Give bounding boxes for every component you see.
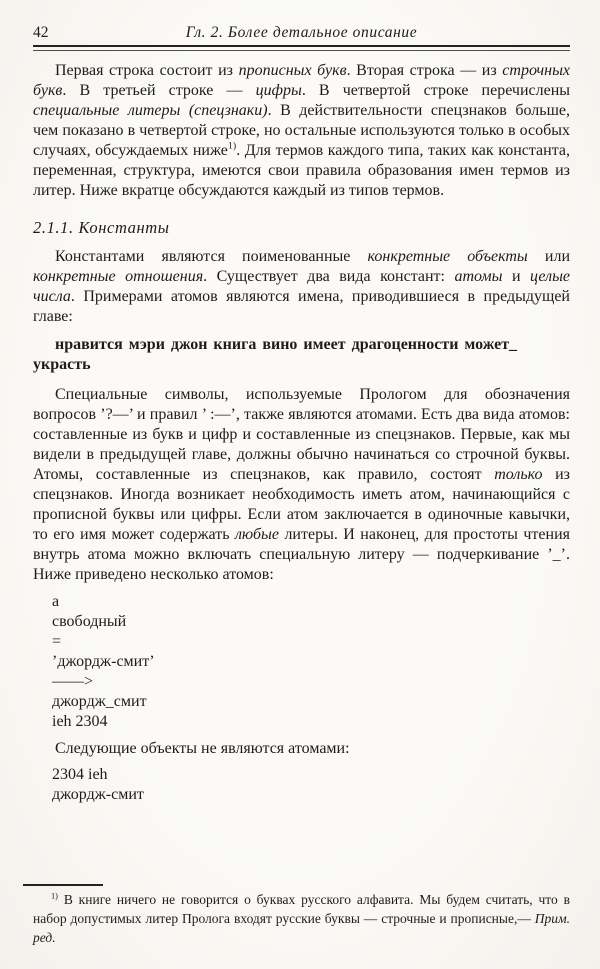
code-line: джордж-смит [52,785,570,805]
page-body: Первая строка состоит из прописных букв.… [33,61,570,805]
code-line: 2304 ieh [52,765,570,785]
book-page: 42 Гл. 2. Более детальное описание Перва… [0,0,600,969]
page-number: 42 [33,24,91,42]
paragraph-atoms: Специальные символы, используемые Пролог… [33,385,570,585]
footnote-block: 1) В книге ничего не говорится о буквах … [33,884,570,947]
atom-names-line-1: нравится мэри джон книга вино имеет драг… [33,335,570,355]
code-line: а [52,592,570,612]
footnote-text: 1) В книге ничего не говорится о буквах … [33,890,570,947]
footnote-rule [23,884,103,886]
paragraph-intro: Первая строка состоит из прописных букв.… [33,61,570,201]
paragraph-non-atoms: Следующие объекты не являются атомами: [33,739,570,759]
paragraph-constants: Константами являются поименованные конкр… [33,247,570,327]
code-line: ’джордж-смит’ [52,652,570,672]
atom-names-example: нравится мэри джон книга вино имеет драг… [33,335,570,375]
code-line: свободный [52,612,570,632]
non-atoms-list: 2304 iehджордж-смит [52,765,570,805]
running-title: Гл. 2. Более детальное описание [91,24,512,42]
atom-names-line-2: украсть [33,355,570,375]
page-header: 42 Гл. 2. Более детальное описание [33,24,570,42]
section-heading: 2.1.1. Константы [33,218,570,238]
header-rule [33,45,570,51]
code-line: ——> [52,672,570,692]
code-line: джордж_смит [52,692,570,712]
code-line: = [52,632,570,652]
atoms-list: асвободный=’джордж-смит’——>джордж_смитie… [52,592,570,732]
code-line: ieh 2304 [52,712,570,732]
